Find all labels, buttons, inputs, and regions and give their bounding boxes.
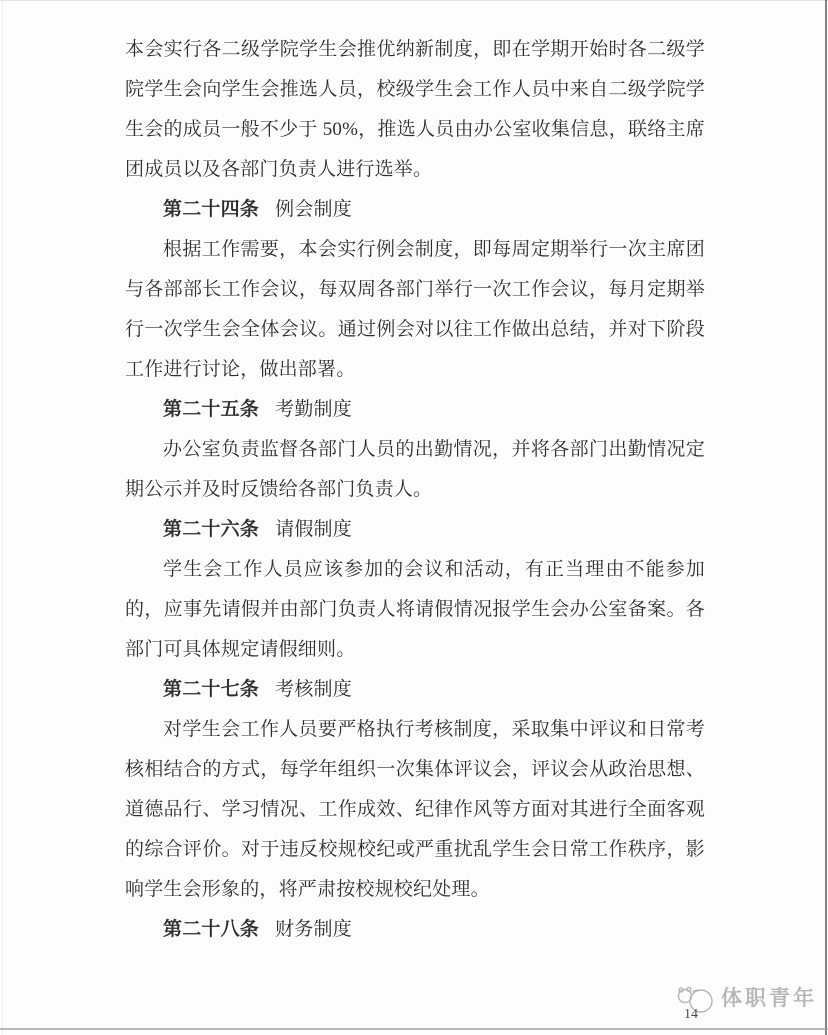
article-27-heading: 第二十七条考核制度 bbox=[125, 670, 705, 710]
article-25-body: 办公室负责监督各部门人员的出勤情况，并将各部门出勤情况定期公示并及时反馈给各部门… bbox=[125, 430, 705, 510]
article-number: 第二十五条 bbox=[163, 399, 259, 420]
article-28-heading: 第二十八条财务制度 bbox=[125, 910, 705, 950]
article-number: 第二十七条 bbox=[163, 679, 259, 700]
page-number: 14 bbox=[684, 1006, 698, 1024]
article-title: 财务制度 bbox=[275, 919, 352, 940]
article-27-body: 对学生会工作人员要严格执行考核制度，采取集中评议和日常考核相结合的方式，每学年组… bbox=[125, 710, 705, 910]
document-body: 本会实行各二级学院学生会推优纳新制度，即在学期开始时各二级学院学生会向学生会推选… bbox=[125, 30, 705, 950]
scanned-document-page: 本会实行各二级学院学生会推优纳新制度，即在学期开始时各二级学院学生会向学生会推选… bbox=[0, 0, 828, 1035]
article-number: 第二十六条 bbox=[163, 519, 259, 540]
article-title: 请假制度 bbox=[275, 519, 352, 540]
watermark-brand-text: 体职青年 bbox=[721, 987, 817, 1011]
scan-edge-right bbox=[825, 0, 827, 1035]
article-25-heading: 第二十五条考勤制度 bbox=[125, 390, 705, 430]
article-26-heading: 第二十六条请假制度 bbox=[125, 510, 705, 550]
article-26-body: 学生会工作人员应该参加的会议和活动，有正当理由不能参加的，应事先请假并由部门负责… bbox=[125, 550, 705, 670]
article-24-heading: 第二十四条例会制度 bbox=[125, 190, 705, 230]
article-title: 考核制度 bbox=[275, 679, 352, 700]
article-number: 第二十八条 bbox=[163, 919, 259, 940]
scan-edge-top bbox=[0, 0, 828, 1]
article-title: 考勤制度 bbox=[275, 399, 352, 420]
article-number: 第二十四条 bbox=[163, 199, 259, 220]
paragraph-continuation: 本会实行各二级学院学生会推优纳新制度，即在学期开始时各二级学院学生会向学生会推选… bbox=[125, 30, 705, 190]
scan-edge-left bbox=[2, 0, 3, 1035]
article-24-body: 根据工作需要，本会实行例会制度，即每周定期举行一次主席团与各部部长工作会议，每双… bbox=[125, 230, 705, 390]
article-title: 例会制度 bbox=[275, 199, 352, 220]
scan-edge-bottom bbox=[0, 1028, 828, 1030]
